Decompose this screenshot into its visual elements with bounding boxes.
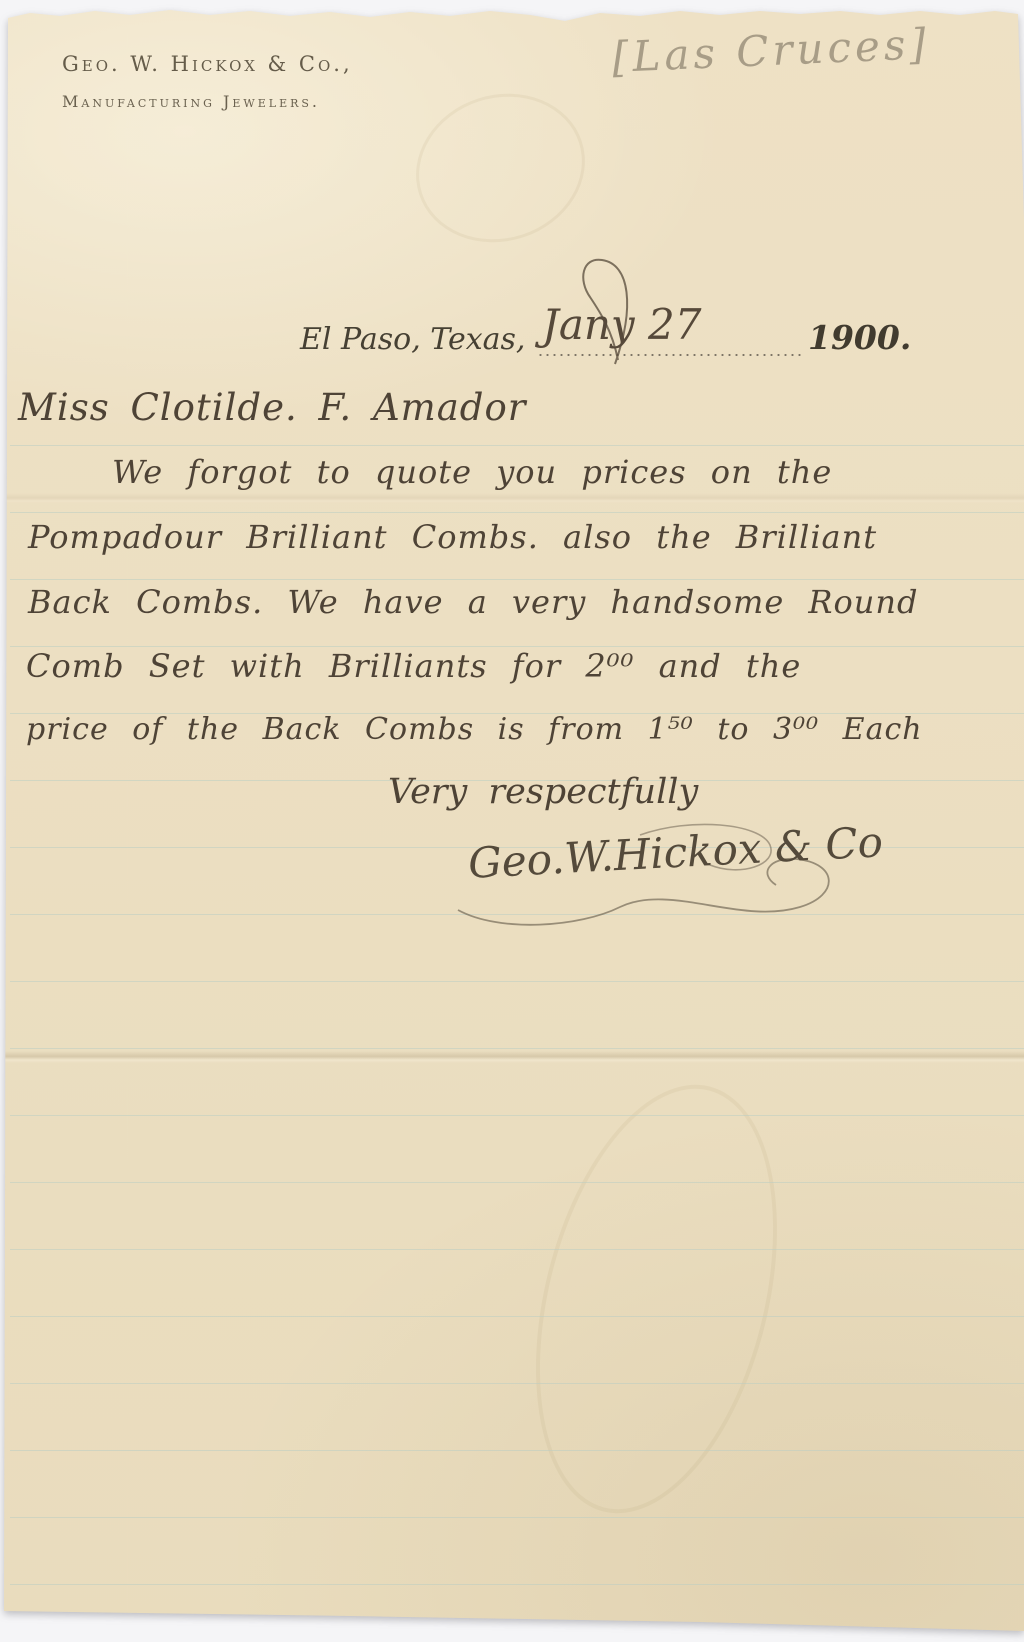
ruled-line [10, 1450, 1024, 1451]
ruled-line [10, 914, 1024, 915]
ruled-line [10, 1048, 1024, 1049]
handwritten-date: Jany 27 [542, 300, 701, 349]
ruled-line [10, 1249, 1024, 1250]
letterhead-company-name: Geo. W. Hickox & Co., [62, 52, 353, 76]
dateline-printed-year: 1900. [808, 318, 911, 357]
salutation: Miss Clotilde. F. Amador [18, 386, 526, 429]
paper: Geo. W. Hickox & Co., Manufacturing Jewe… [0, 0, 1024, 1642]
ruled-line [10, 1316, 1024, 1317]
ruled-line [10, 1517, 1024, 1518]
watermark-swirl-top [397, 72, 605, 264]
fold-crease-middle [0, 1051, 1024, 1063]
ruled-line [10, 1182, 1024, 1183]
pencil-annotation: [Las Cruces] [611, 19, 931, 82]
ruled-line [10, 981, 1024, 982]
ruled-line [10, 512, 1024, 513]
signature: Geo.W.Hickox & Co [467, 817, 884, 888]
dateline-printed-place: El Paso, Texas, [300, 322, 525, 357]
closing-valediction: Very respectfully [388, 772, 698, 812]
watermark-swirl-bottom [495, 1060, 817, 1539]
body-line: We forgot to quote you prices on the [112, 453, 832, 491]
ruled-line [10, 579, 1024, 580]
ruled-line [10, 445, 1024, 446]
paper-shadow: Geo. W. Hickox & Co., Manufacturing Jewe… [0, 0, 1024, 1642]
scanned-letter: Geo. W. Hickox & Co., Manufacturing Jewe… [0, 0, 1024, 1642]
ruled-line [10, 1115, 1024, 1116]
fold-crease-upper [0, 493, 1024, 503]
dateline-dotted-leader [537, 354, 805, 356]
body-line: Pompadour Brilliant Combs. also the Bril… [28, 518, 877, 556]
body-line: Comb Set with Brilliants for 2⁰⁰ and the [26, 647, 801, 685]
letterhead-tagline: Manufacturing Jewelers. [62, 92, 320, 111]
body-line: price of the Back Combs is from 1⁵⁰ to 3… [26, 712, 923, 747]
body-line: Back Combs. We have a very handsome Roun… [28, 583, 918, 621]
ruled-line [10, 1383, 1024, 1384]
ruled-line [10, 1584, 1024, 1585]
